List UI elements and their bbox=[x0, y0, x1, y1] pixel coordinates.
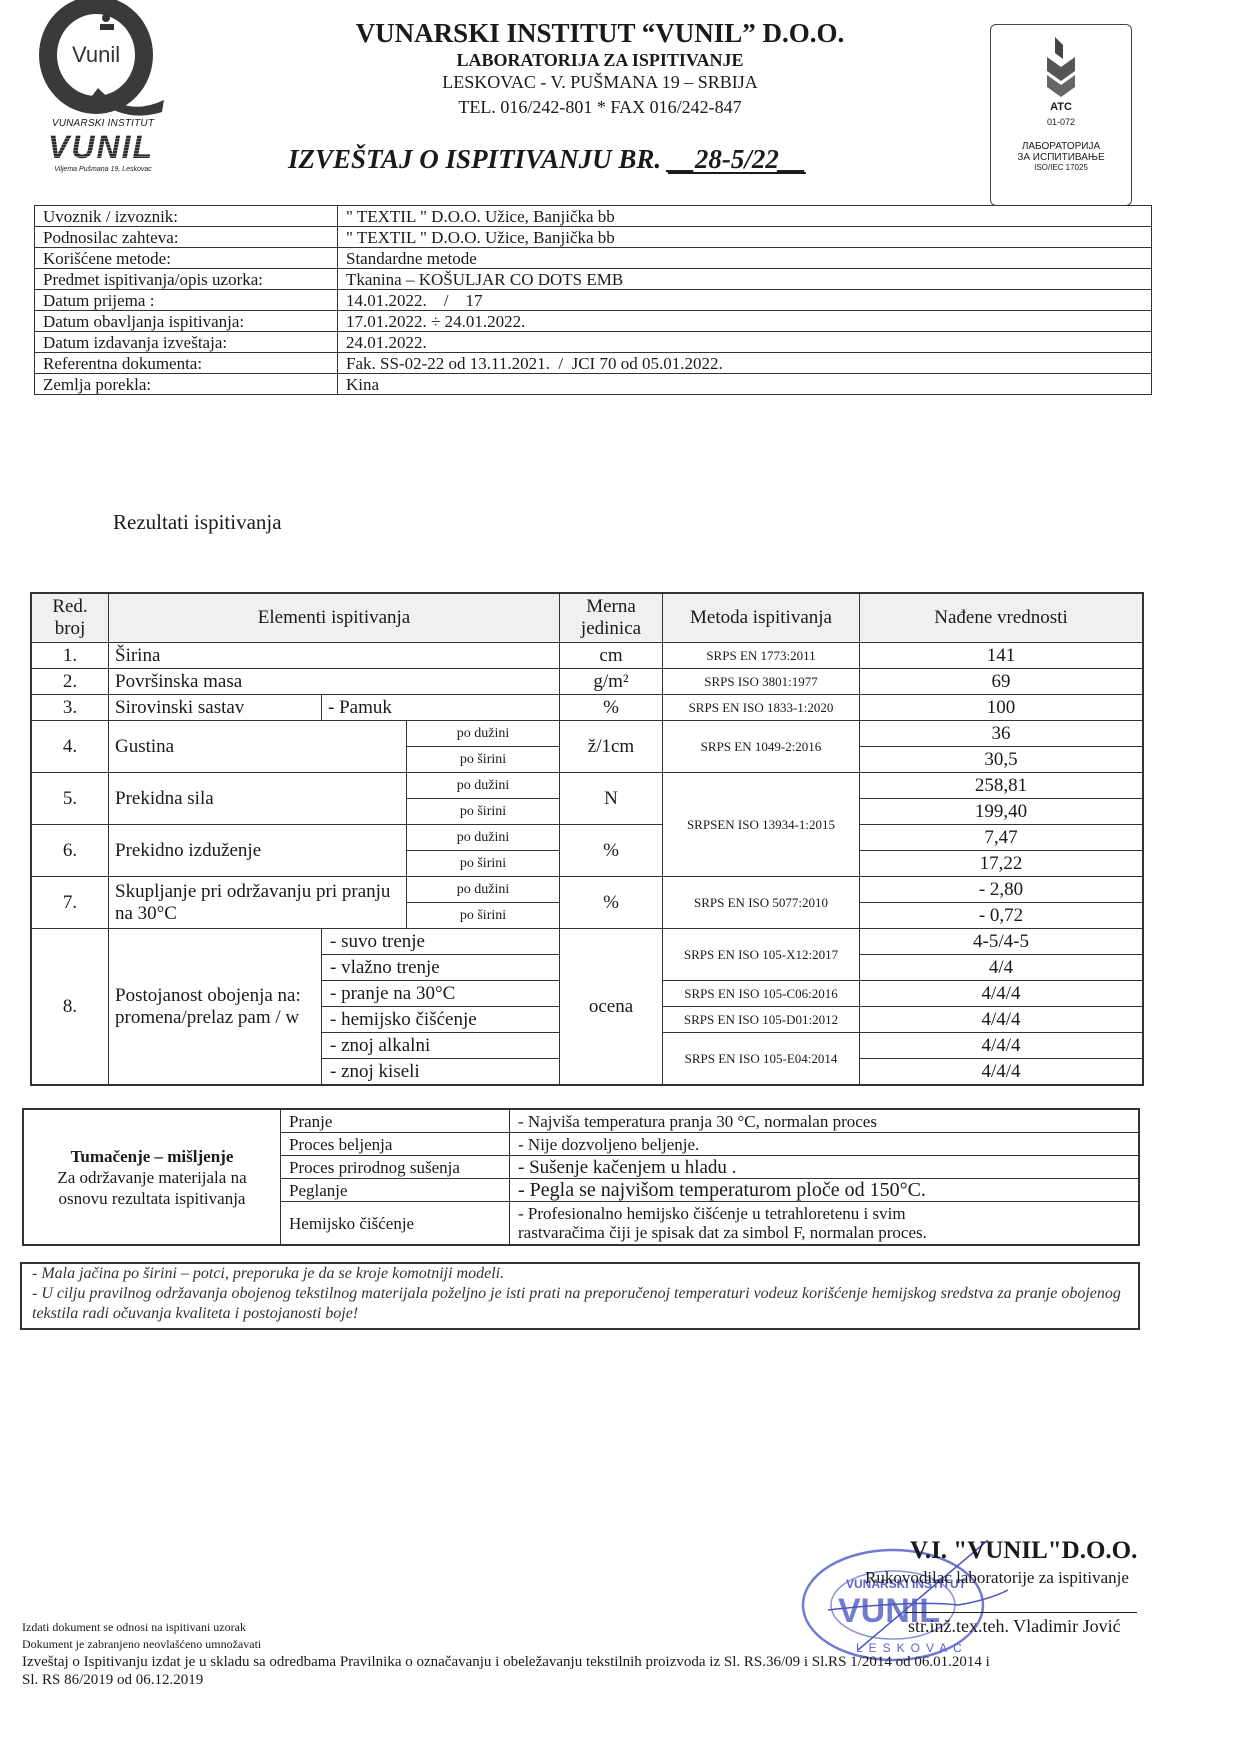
row-value: 4/4/4 bbox=[860, 981, 1144, 1007]
row-method: SRPS EN 1773:2011 bbox=[663, 643, 860, 669]
info-label: Uvoznik / izvoznik: bbox=[35, 206, 338, 227]
row-method: SRPS EN 1049-2:2016 bbox=[663, 721, 860, 773]
table-row: 2. Površinska masa g/m² SRPS ISO 3801:19… bbox=[31, 669, 1143, 695]
direction-width: po širini bbox=[407, 903, 560, 929]
colorfastness-item: - hemijsko čišćenje bbox=[322, 1007, 560, 1033]
row-value-length: 36 bbox=[860, 721, 1144, 747]
row-unit: g/m² bbox=[560, 669, 663, 695]
institute-title: VUNARSKI INSTITUT “VUNIL” D.O.O. bbox=[300, 18, 900, 49]
row-value: 4/4/4 bbox=[860, 1059, 1144, 1086]
table-row: 5. Prekidna sila po dužini N SRPSEN ISO … bbox=[31, 773, 1143, 799]
interpretation-subtitle: Za održavanje materijala na osnovu rezul… bbox=[32, 1167, 272, 1209]
info-label: Korišćene metode: bbox=[35, 248, 338, 269]
colorfastness-item: - vlažno trenje bbox=[322, 955, 560, 981]
table-row: 4. Gustina po dužini ž/1cm SRPS EN 1049-… bbox=[31, 721, 1143, 747]
row-num: 6. bbox=[31, 825, 109, 877]
row-num: 2. bbox=[31, 669, 109, 695]
info-row: Podnosilac zahteva:" TEXTIL " D.O.O. Uži… bbox=[35, 227, 1152, 248]
col-header-num: Red. broj bbox=[31, 593, 109, 643]
info-label: Podnosilac zahteva: bbox=[35, 227, 338, 248]
row-element: Površinska masa bbox=[109, 669, 560, 695]
row-value: 4/4/4 bbox=[860, 1007, 1144, 1033]
row-value-width: 17,22 bbox=[860, 851, 1144, 877]
care-instruction: - Pegla se najvišom temperaturom ploče o… bbox=[510, 1179, 1140, 1202]
report-title: IZVEŠTAJ O ISPITIVANJU BR. __28-5/22__ bbox=[288, 144, 888, 175]
colorfastness-item: - znoj alkalni bbox=[322, 1033, 560, 1059]
row-num: 8. bbox=[31, 929, 109, 1086]
info-label: Datum obavljanja ispitivanja: bbox=[35, 311, 338, 332]
note-item: - Mala jačina po širini – potci, preporu… bbox=[32, 1264, 1138, 1284]
row-element: Skupljanje pri održavanju pri pranju na … bbox=[109, 877, 407, 929]
signature-company: V.I. "VUNIL"D.O.O. bbox=[910, 1537, 1137, 1565]
direction-length: po dužini bbox=[407, 877, 560, 903]
care-category: Proces prirodnog sušenja bbox=[281, 1156, 510, 1179]
care-instruction: - Profesionalno hemijsko čišćenje u tetr… bbox=[510, 1202, 1140, 1246]
row-element: Prekidna sila bbox=[109, 773, 407, 825]
row-unit: % bbox=[560, 695, 663, 721]
row-method: SRPS EN ISO 1833-1:2020 bbox=[663, 695, 860, 721]
direction-width: po širini bbox=[407, 799, 560, 825]
info-label: Zemlja porekla: bbox=[35, 374, 338, 395]
direction-length: po dužini bbox=[407, 773, 560, 799]
footer-line: Dokument je zabranjeno neovlašćeno umnož… bbox=[22, 1637, 261, 1652]
direction-width: po širini bbox=[407, 747, 560, 773]
row-value: 4-5/4-5 bbox=[860, 929, 1144, 955]
care-instruction: - Sušenje kačenjem u hladu . bbox=[510, 1156, 1140, 1179]
lab-subtitle: LABORATORIJA ZA ISPITIVANJE bbox=[300, 50, 900, 71]
col-header-method: Metoda ispitivanja bbox=[663, 593, 860, 643]
svg-text:Vunil: Vunil bbox=[72, 42, 120, 67]
info-row: Datum izdavanja izveštaja:24.01.2022. bbox=[35, 332, 1152, 353]
row-value-length: - 2,80 bbox=[860, 877, 1144, 903]
report-number: __28-5/22__ bbox=[668, 144, 806, 174]
row-num: 5. bbox=[31, 773, 109, 825]
colorfastness-item: - pranje na 30°C bbox=[322, 981, 560, 1007]
institute-phone: TEL. 016/242-801 * FAX 016/242-847 bbox=[300, 97, 900, 118]
row-method: SRPS EN ISO 105-E04:2014 bbox=[663, 1033, 860, 1086]
row-value-width: - 0,72 bbox=[860, 903, 1144, 929]
accreditation-badge: ATC 01-072 ЛАБОРАТОРИЈА ЗА ИСПИТИВАЊЕ IS… bbox=[990, 24, 1132, 206]
results-table: Red. broj Elementi ispitivanja Merna jed… bbox=[30, 592, 1144, 1086]
row-unit: ž/1cm bbox=[560, 721, 663, 773]
colorfastness-item: - suvo trenje bbox=[322, 929, 560, 955]
interpretation-lead: Tumačenje – mišljenje Za održavanje mate… bbox=[23, 1109, 281, 1245]
info-value: " TEXTIL " D.O.O. Užice, Banjička bb bbox=[338, 227, 1152, 248]
logo-address: Viljema Pušmana 19, Leskovac bbox=[36, 166, 170, 173]
row-value: 141 bbox=[860, 643, 1144, 669]
row-num: 1. bbox=[31, 643, 109, 669]
row-unit: % bbox=[560, 825, 663, 877]
info-value: Tkanina – KOŠULJAR CO DOTS EMB bbox=[338, 269, 1152, 290]
care-category: Proces beljenja bbox=[281, 1133, 510, 1156]
info-value: 24.01.2022. bbox=[338, 332, 1152, 353]
row-value-length: 258,81 bbox=[860, 773, 1144, 799]
info-value: Fak. SS-02-22 od 13.11.2021. / JCI 70 od… bbox=[338, 353, 1152, 374]
row-element: Sirovinski sastav bbox=[109, 695, 322, 721]
row-method: SRPS ISO 3801:1977 bbox=[663, 669, 860, 695]
direction-length: po dužini bbox=[407, 721, 560, 747]
footer-line: Izdati dokument se odnosi na ispitivani … bbox=[22, 1620, 246, 1635]
interpretation-title: Tumačenje – mišljenje bbox=[32, 1146, 272, 1167]
atc-logo-icon bbox=[1041, 37, 1081, 97]
table-row: 3. Sirovinski sastav - Pamuk % SRPS EN I… bbox=[31, 695, 1143, 721]
institute-address: LESKOVAC - V. PUŠMANA 19 – SRBIJA bbox=[300, 72, 900, 93]
row-value: 100 bbox=[860, 695, 1144, 721]
atc-line2: ЗА ИСПИТИВАЊЕ bbox=[991, 152, 1131, 163]
note-item: - U cilju pravilnog održavanja obojenog … bbox=[32, 1284, 1138, 1324]
logo-wordmark: VUNIL bbox=[34, 130, 168, 164]
row-unit: % bbox=[560, 877, 663, 929]
info-row: Korišćene metode:Standardne metode bbox=[35, 248, 1152, 269]
care-category: Hemijsko čišćenje bbox=[281, 1202, 510, 1246]
info-row: Datum obavljanja ispitivanja:17.01.2022.… bbox=[35, 311, 1152, 332]
row-num: 4. bbox=[31, 721, 109, 773]
row-unit: ocena bbox=[560, 929, 663, 1086]
care-instruction: - Nije dozvoljeno beljenje. bbox=[510, 1133, 1140, 1156]
table-row: 7. Skupljanje pri održavanju pri pranju … bbox=[31, 877, 1143, 903]
row-method: SRPS EN ISO 5077:2010 bbox=[663, 877, 860, 929]
col-header-value: Nađene vrednosti bbox=[860, 593, 1144, 643]
info-label: Referentna dokumenta: bbox=[35, 353, 338, 374]
direction-width: po širini bbox=[407, 851, 560, 877]
interpretation-table: Tumačenje – mišljenje Za održavanje mate… bbox=[22, 1108, 1140, 1246]
info-label: Predmet ispitivanja/opis uzorka: bbox=[35, 269, 338, 290]
info-row: Referentna dokumenta:Fak. SS-02-22 od 13… bbox=[35, 353, 1152, 374]
table-row: 6. Prekidno izduženje po dužini % 7,47 bbox=[31, 825, 1143, 851]
row-value-length: 7,47 bbox=[860, 825, 1144, 851]
results-header-row: Red. broj Elementi ispitivanja Merna jed… bbox=[31, 593, 1143, 643]
care-instruction: - Najviša temperatura pranja 30 °C, norm… bbox=[510, 1109, 1140, 1133]
col-header-element: Elementi ispitivanja bbox=[109, 593, 560, 643]
row-sub-element: - Pamuk bbox=[322, 695, 560, 721]
row-element: Gustina bbox=[109, 721, 407, 773]
row-value: 4/4 bbox=[860, 955, 1144, 981]
row-value: 4/4/4 bbox=[860, 1033, 1144, 1059]
row-value: 69 bbox=[860, 669, 1144, 695]
svg-text:LESKOVAC: LESKOVAC bbox=[856, 1641, 968, 1655]
signature-role: Rukovodilac laboratorije za ispitivanje bbox=[865, 1568, 1129, 1588]
colorfastness-item: - znoj kiseli bbox=[322, 1059, 560, 1086]
row-value-width: 199,40 bbox=[860, 799, 1144, 825]
logo-institute-name: VUNARSKI INSTITUT bbox=[38, 118, 168, 129]
info-label: Datum prijema : bbox=[35, 290, 338, 311]
info-value: Standardne metode bbox=[338, 248, 1152, 269]
col-header-unit: Merna jedinica bbox=[560, 593, 663, 643]
notes-box: - Mala jačina po širini – potci, preporu… bbox=[20, 1262, 1140, 1330]
row-element: Postojanost obojenja na: promena/prelaz … bbox=[109, 929, 322, 1086]
atc-line1: ЛАБОРАТОРИЈА bbox=[991, 141, 1131, 152]
footer-line: Izveštaj o Ispitivanju izdat je u skladu… bbox=[22, 1654, 1162, 1671]
signature-name: str.inž.tex.teh. Vladimir Jović bbox=[908, 1616, 1121, 1637]
signature-line bbox=[905, 1612, 1137, 1613]
atc-name: ATC bbox=[991, 101, 1131, 113]
care-category: Peglanje bbox=[281, 1179, 510, 1202]
row-unit: N bbox=[560, 773, 663, 825]
table-row: 8. Postojanost obojenja na: promena/prel… bbox=[31, 929, 1143, 955]
row-element: Prekidno izduženje bbox=[109, 825, 407, 877]
row-method: SRPS EN ISO 105-X12:2017 bbox=[663, 929, 860, 981]
info-value: Kina bbox=[338, 374, 1152, 395]
footer-line: Sl. RS 86/2019 od 06.12.2019 bbox=[22, 1672, 203, 1684]
results-heading: Rezultati ispitivanja bbox=[113, 510, 282, 535]
row-value-width: 30,5 bbox=[860, 747, 1144, 773]
row-unit: cm bbox=[560, 643, 663, 669]
info-value: 14.01.2022. / 17 bbox=[338, 290, 1152, 311]
report-label: IZVEŠTAJ O ISPITIVANJU BR. bbox=[288, 144, 661, 174]
info-value: " TEXTIL " D.O.O. Užice, Banjička bb bbox=[338, 206, 1152, 227]
row-element: Širina bbox=[109, 643, 560, 669]
info-row: Uvoznik / izvoznik:" TEXTIL " D.O.O. Uži… bbox=[35, 206, 1152, 227]
row-method: SRPSEN ISO 13934-1:2015 bbox=[663, 773, 860, 877]
vunil-logo-mark: Vunil bbox=[36, 0, 166, 118]
row-method: SRPS EN ISO 105-D01:2012 bbox=[663, 1007, 860, 1033]
row-method: SRPS EN ISO 105-C06:2016 bbox=[663, 981, 860, 1007]
row-num: 3. bbox=[31, 695, 109, 721]
sample-info-table: Uvoznik / izvoznik:" TEXTIL " D.O.O. Uži… bbox=[34, 205, 1152, 395]
care-category: Pranje bbox=[281, 1109, 510, 1133]
info-label: Datum izdavanja izveštaja: bbox=[35, 332, 338, 353]
direction-length: po dužini bbox=[407, 825, 560, 851]
info-value: 17.01.2022. ÷ 24.01.2022. bbox=[338, 311, 1152, 332]
atc-standard: ISO/IEC 17025 bbox=[991, 163, 1131, 172]
info-row: Predmet ispitivanja/opis uzorka:Tkanina … bbox=[35, 269, 1152, 290]
info-row: Datum prijema :14.01.2022. / 17 bbox=[35, 290, 1152, 311]
info-row: Zemlja porekla:Kina bbox=[35, 374, 1152, 395]
table-row: 1. Širina cm SRPS EN 1773:2011 141 bbox=[31, 643, 1143, 669]
row-num: 7. bbox=[31, 877, 109, 929]
atc-number: 01-072 bbox=[991, 117, 1131, 127]
